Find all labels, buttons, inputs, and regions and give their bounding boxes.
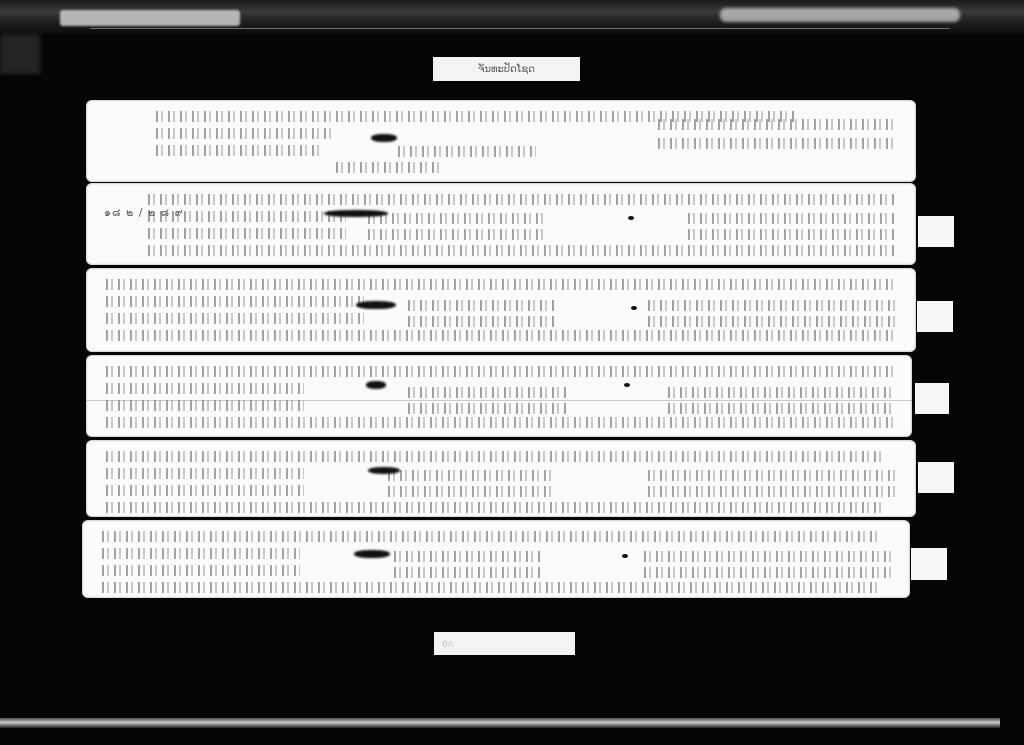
ink-blot [356,301,396,309]
ink-dot [622,554,628,558]
palm-leaf-3 [86,268,916,352]
film-glare [720,8,960,22]
title-label: ຈັນທະປັດໂຊດ [433,57,580,81]
frame-label: 0ก [434,632,575,655]
film-frame-top [0,0,1024,34]
frame-label-text: 0ก [442,637,453,651]
palm-leaf-6 [82,520,910,598]
palm-leaf-5 [86,440,916,517]
film-edge-line [90,28,950,29]
film-glare [60,10,240,26]
leaf-tab [915,383,949,414]
title-label-text: ຈັນທະປັດໂຊດ [478,64,535,75]
ink-blot [371,134,397,142]
film-smudge [0,34,40,74]
ink-dot [624,383,630,387]
leaf-tab [911,548,947,580]
ink-blot [368,467,400,474]
leaf-tab [917,301,953,332]
ink-dot [628,216,634,220]
ink-dot [631,306,637,310]
ink-blot [366,381,386,389]
leaf-tab [918,462,954,493]
ink-blot [324,210,388,217]
ink-blot [354,550,390,558]
palm-leaf-1 [86,100,916,182]
palm-leaf-2: ๑๘ ๒ / ๒ ๘ ๙ [86,183,916,265]
leaf-tab [918,216,954,247]
leaf-crack [86,400,912,401]
palm-leaf-4 [86,355,912,437]
film-frame-bottom [0,718,1000,728]
